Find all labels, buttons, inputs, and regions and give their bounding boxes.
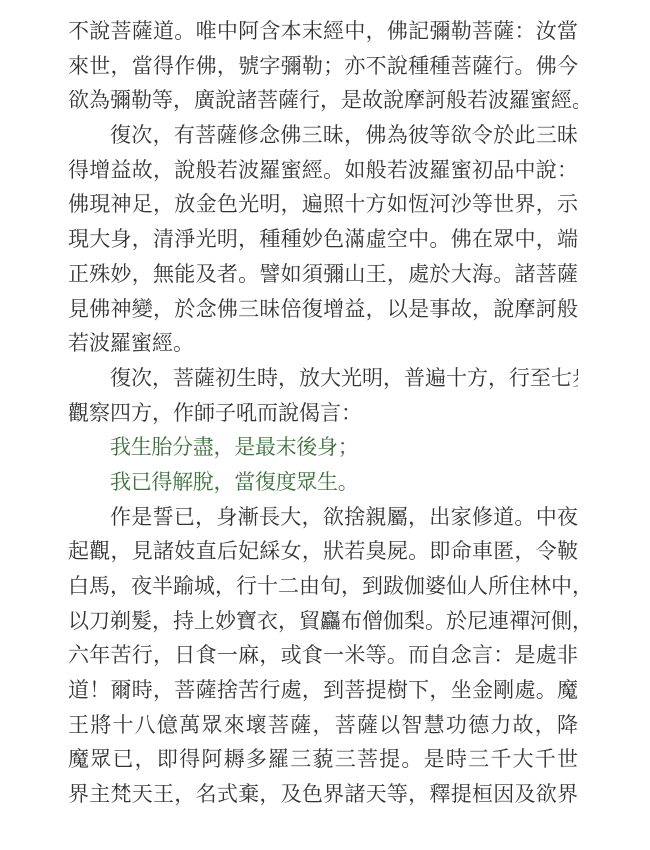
text-line: 六年苦行，日食一麻，或食一米等。而自念言：是處非 bbox=[68, 638, 578, 673]
text-line: 若波羅蜜經。 bbox=[68, 326, 578, 361]
verse-line: 我生胎分盡，是最末後身； bbox=[68, 430, 578, 465]
text-line: 現大身，清淨光明，種種妙色滿虛空中。佛在眾中，端 bbox=[68, 222, 578, 257]
text-line: 正殊妙，無能及者。譬如須彌山王，處於大海。諸菩薩 bbox=[68, 257, 578, 292]
text-line: 作是誓已，身漸長大，欲捨親屬，出家修道。中夜 bbox=[68, 500, 578, 535]
text-line: 復次，有菩薩修念佛三昧，佛為彼等欲令於此三昧 bbox=[68, 118, 578, 153]
document-page: 不說菩薩道。唯中阿含本末經中，佛記彌勒菩薩：汝當 來世，當得作佛，號字彌勒；亦不… bbox=[0, 0, 650, 850]
text-line: 不說菩薩道。唯中阿含本末經中，佛記彌勒菩薩：汝當 bbox=[68, 14, 578, 49]
paragraph: 作是誓已，身漸長大，欲捨親屬，出家修道。中夜 起觀，見諸妓直后妃綵女，狀若臭屍。… bbox=[68, 500, 578, 812]
text-line: 來世，當得作佛，號字彌勒；亦不說種種菩薩行。佛今 bbox=[68, 49, 578, 84]
text-line: 佛現神足，放金色光明，遍照十方如恆河沙等世界，示 bbox=[68, 187, 578, 222]
text-line: 界主梵天王，名式棄，及色界諸天等，釋提桓因及欲界 bbox=[68, 777, 578, 812]
text-line: 觀察四方，作師子吼而說偈言： bbox=[68, 396, 578, 431]
paragraph: 復次，菩薩初生時，放大光明，普遍十方，行至七步， 觀察四方，作師子吼而說偈言： bbox=[68, 361, 578, 430]
text-line: 以刀剃髮，持上妙寶衣，貿麤布僧伽梨。於尼連禪河側， bbox=[68, 604, 578, 639]
document-body: 不說菩薩道。唯中阿含本末經中，佛記彌勒菩薩：汝當 來世，當得作佛，號字彌勒；亦不… bbox=[68, 14, 578, 812]
verse-block: 我生胎分盡，是最末後身； 我已得解脫，當復度眾生。 bbox=[68, 430, 578, 499]
text-line: 欲為彌勒等，廣說諸菩薩行，是故說摩訶般若波羅蜜經。 bbox=[68, 83, 578, 118]
text-line: 白馬，夜半踰城，行十二由旬，到跋伽婆仙人所住林中， bbox=[68, 569, 578, 604]
text-line: 道！爾時，菩薩捨苦行處，到菩提樹下，坐金剛處。魔 bbox=[68, 673, 578, 708]
text-line: 起觀，見諸妓直后妃綵女，狀若臭屍。即命車匿，令鞁 bbox=[68, 534, 578, 569]
paragraph: 不說菩薩道。唯中阿含本末經中，佛記彌勒菩薩：汝當 來世，當得作佛，號字彌勒；亦不… bbox=[68, 14, 578, 118]
paragraph: 復次，有菩薩修念佛三昧，佛為彼等欲令於此三昧 得增益故，說般若波羅蜜經。如般若波… bbox=[68, 118, 578, 361]
text-line: 得增益故，說般若波羅蜜經。如般若波羅蜜初品中說： bbox=[68, 153, 578, 188]
text-line: 魔眾已，即得阿耨多羅三藐三菩提。是時三千大千世 bbox=[68, 742, 578, 777]
text-line: 王將十八億萬眾來壞菩薩，菩薩以智慧功德力故，降 bbox=[68, 708, 578, 743]
verse-line: 我已得解脫，當復度眾生。 bbox=[68, 465, 578, 500]
text-line: 見佛神變，於念佛三昧倍復增益，以是事故，說摩訶般 bbox=[68, 292, 578, 327]
text-line: 復次，菩薩初生時，放大光明，普遍十方，行至七步， bbox=[68, 361, 578, 396]
